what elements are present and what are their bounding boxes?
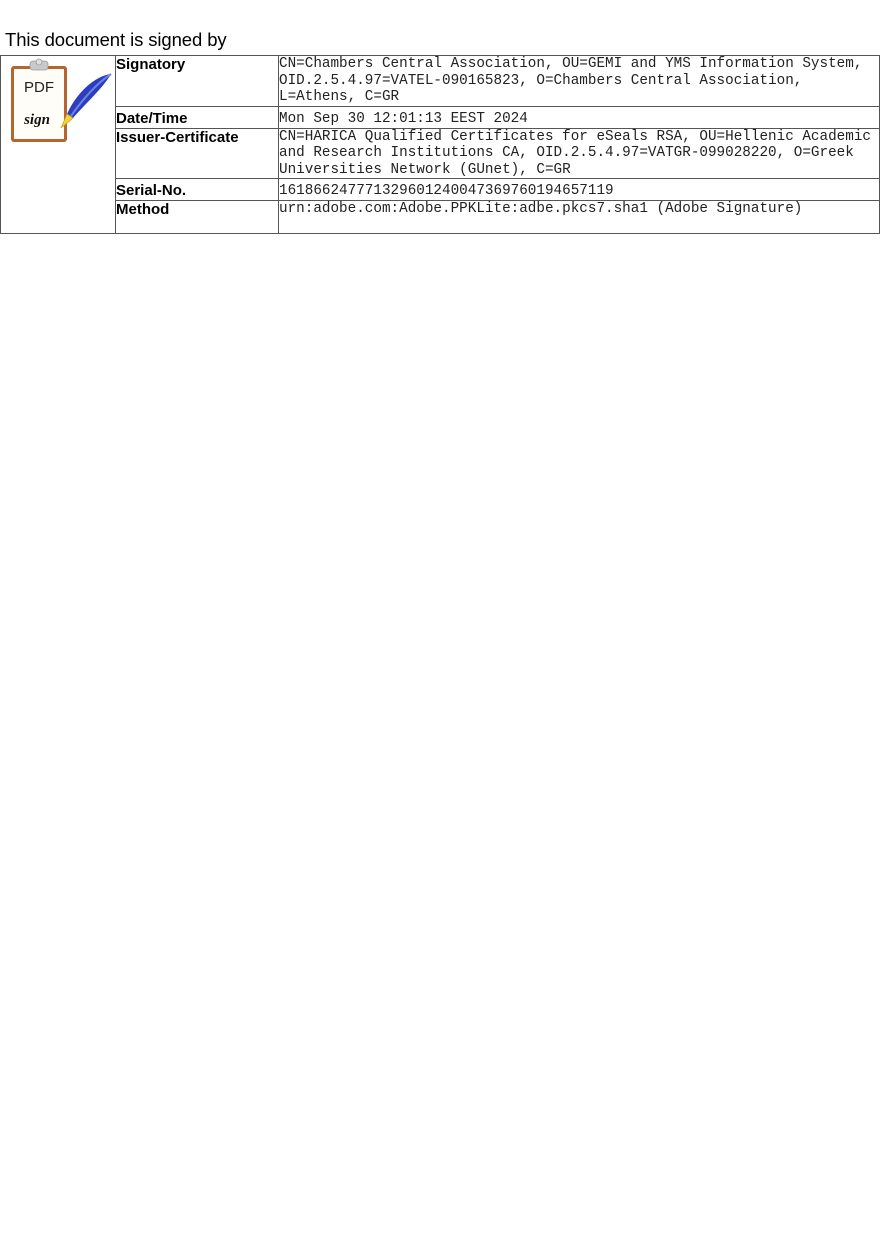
pdf-sign-icon: PDF sign — [3, 56, 113, 146]
label-method: Method — [116, 200, 279, 233]
value-issuer-certificate: CN=HARICA Qualified Certificates for eSe… — [279, 128, 880, 179]
table-row-issuer: Issuer-Certificate CN=HARICA Qualified C… — [1, 128, 880, 179]
table-row-datetime: Date/Time Mon Sep 30 12:01:13 EEST 2024 — [1, 106, 880, 128]
label-datetime: Date/Time — [116, 106, 279, 128]
table-row-method: Method urn:adobe.com:Adobe.PPKLite:adbe.… — [1, 200, 880, 233]
value-signatory: CN=Chambers Central Association, OU=GEMI… — [279, 56, 880, 107]
label-issuer-certificate: Issuer-Certificate — [116, 128, 279, 179]
signature-heading: This document is signed by — [5, 29, 227, 51]
table-row-signatory: PDF sign Signatory CN=Chambers Central A… — [1, 56, 880, 107]
svg-text:sign: sign — [23, 112, 50, 128]
label-signatory: Signatory — [116, 56, 279, 107]
value-datetime: Mon Sep 30 12:01:13 EEST 2024 — [279, 106, 880, 128]
label-serial-no: Serial-No. — [116, 179, 279, 201]
signature-info-table: PDF sign Signatory CN=Chambers Central A… — [0, 55, 880, 234]
table-row-serial: Serial-No. 16186624777132960124004736976… — [1, 179, 880, 201]
svg-text:PDF: PDF — [24, 79, 54, 96]
value-serial-no: 161866247771329601240047369760194657119 — [279, 179, 880, 201]
value-method: urn:adobe.com:Adobe.PPKLite:adbe.pkcs7.s… — [279, 200, 880, 233]
icon-cell: PDF sign — [1, 56, 116, 234]
